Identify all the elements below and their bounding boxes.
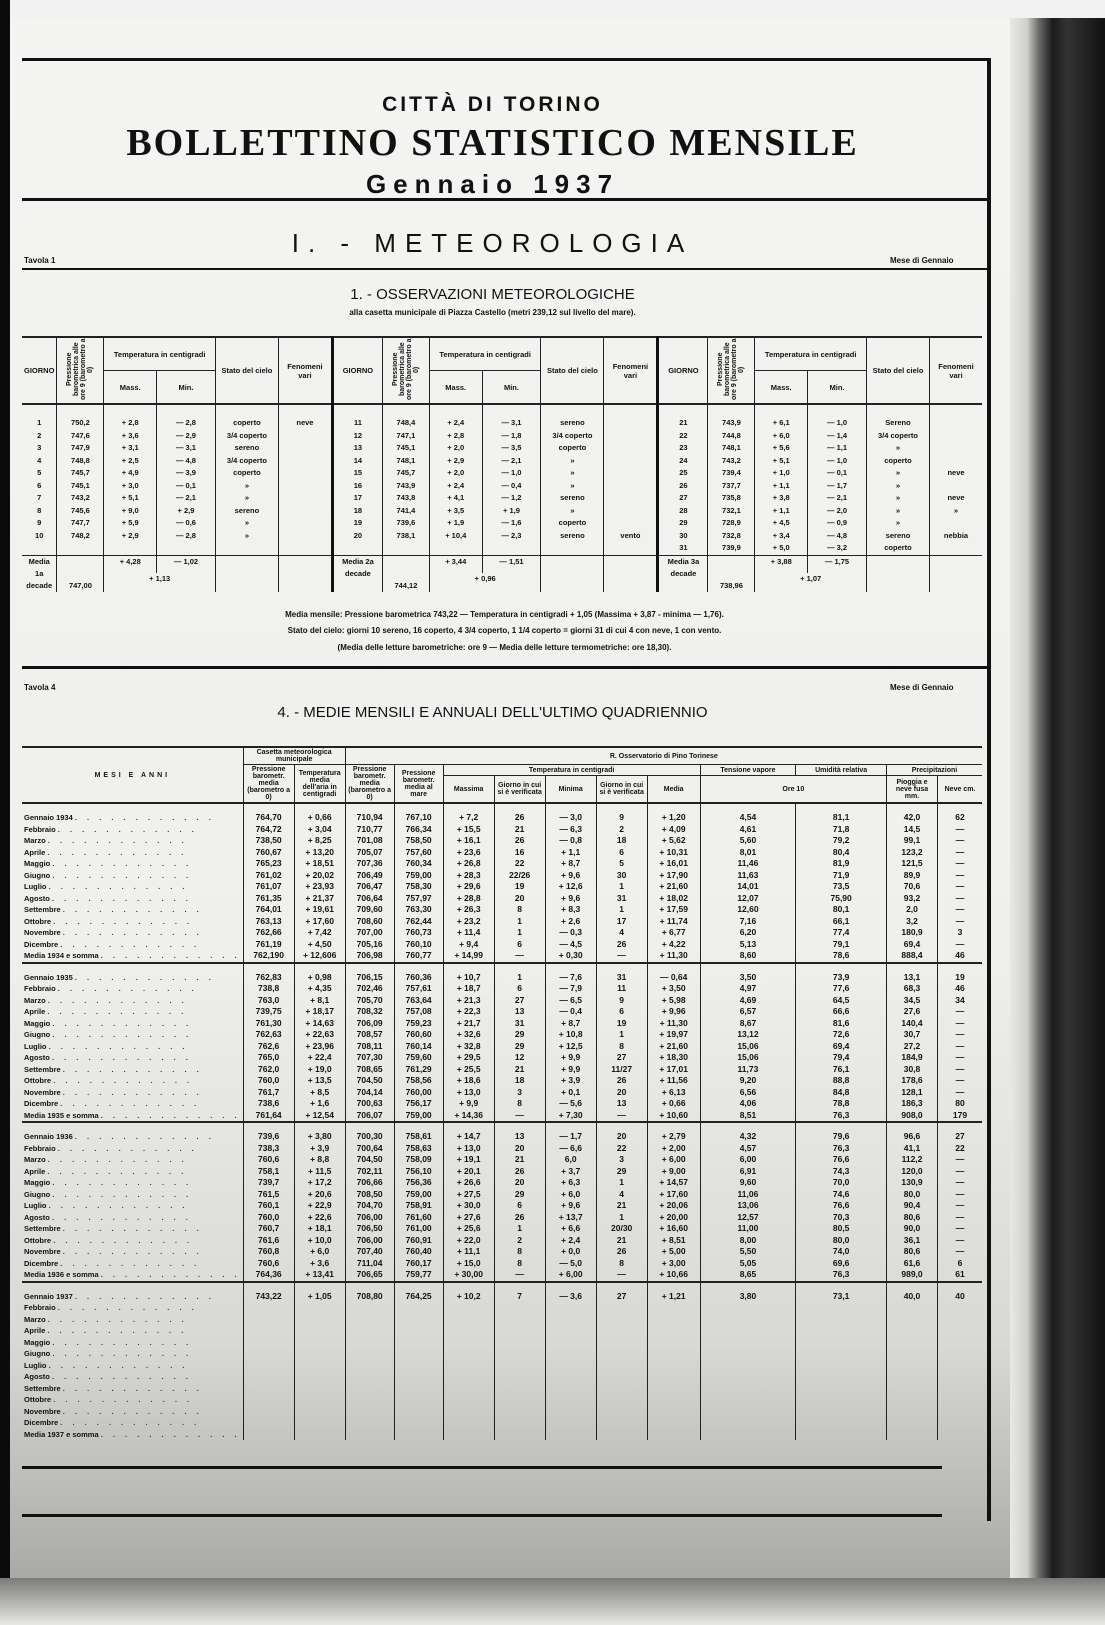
- cell-value: [596, 1383, 647, 1395]
- cell-value: [294, 1325, 345, 1337]
- table-row: Media 1936 e somma . . . . . . . . . . .…: [22, 1269, 982, 1282]
- cell-value: 6: [494, 1200, 545, 1212]
- cell-value: 61,6: [887, 1258, 938, 1270]
- cell-value: 706,15: [345, 963, 394, 984]
- media-max: + 4,28: [104, 555, 157, 573]
- cell-value: 761,19: [243, 939, 294, 951]
- cell-value: + 23,6: [443, 847, 494, 859]
- leader-dots: . . . . . . . . . . . .: [52, 894, 192, 903]
- leader-dots: . . . . . . . . . . . .: [60, 940, 200, 949]
- cell-value: 40: [938, 1282, 983, 1303]
- cell-value: 40,0: [887, 1282, 938, 1303]
- cell-value: + 20,6: [294, 1189, 345, 1201]
- cell-press: 739,6: [382, 517, 429, 530]
- month-label: Maggio: [24, 1178, 50, 1187]
- cell-value: + 18,02: [647, 893, 700, 905]
- table-row: 10748,2+ 2,9— 2,8»20738,1+ 10,4— 2,3sere…: [22, 530, 982, 543]
- leader-dots: . . . . . . . . . . . .: [52, 1338, 192, 1347]
- cell-value: 702,11: [345, 1166, 394, 1178]
- cell-value: 74,0: [796, 1246, 887, 1258]
- table-row: Aprile . . . . . . . . . . . .: [22, 1325, 982, 1337]
- row-label: Novembre . . . . . . . . . . . .: [22, 1087, 243, 1099]
- cell-value: 21: [596, 1200, 647, 1212]
- cell-max: + 1,1: [755, 505, 808, 518]
- cell-min: — 1,0: [808, 404, 867, 430]
- cell-value: —: [938, 939, 983, 951]
- cell-value: 18: [494, 1075, 545, 1087]
- cell-phen: [278, 467, 332, 480]
- cell-value: + 6,00: [545, 1269, 596, 1282]
- cell-value: 80,0: [887, 1189, 938, 1201]
- cell-phen: [278, 430, 332, 443]
- cell-value: 26: [494, 835, 545, 847]
- cell-value: [443, 1337, 494, 1349]
- cell-value: [494, 1383, 545, 1395]
- cell-value: — 6,6: [545, 1143, 596, 1155]
- cell-value: [494, 1406, 545, 1418]
- table-row: Febbraio . . . . . . . . . . . .738,8+ 4…: [22, 983, 982, 995]
- media-max: + 3,88: [755, 555, 808, 573]
- cell-value: + 22,9: [294, 1200, 345, 1212]
- cell-press: 732,1: [708, 505, 755, 518]
- month-label: Dicembre: [24, 1099, 58, 1108]
- cell-max: + 4,9: [104, 467, 157, 480]
- cell-max: [104, 542, 157, 555]
- cell-value: 705,07: [345, 847, 394, 859]
- cell-value: [700, 1302, 796, 1314]
- cell-empty: [215, 555, 278, 592]
- cell-value: — 3,6: [545, 1282, 596, 1303]
- cell-value: 179: [938, 1110, 983, 1123]
- cell-value: + 11,4: [443, 927, 494, 939]
- cell-press: 738,1: [382, 530, 429, 543]
- cell-value: — 0,64: [647, 963, 700, 984]
- row-label: Febbraio . . . . . . . . . . . .: [22, 1302, 243, 1314]
- cell-value: 8: [596, 1258, 647, 1270]
- cell-value: [494, 1325, 545, 1337]
- cell-value: —: [938, 1189, 983, 1201]
- col-temperatura: Temperatura in centigradi: [104, 337, 216, 371]
- table-row: Gennaio 1937 . . . . . . . . . . . .743,…: [22, 1282, 982, 1303]
- month-label: Media 1936 e somma: [24, 1270, 99, 1279]
- cell-min: — 2,3: [482, 530, 541, 543]
- month-label: Aprile: [24, 1167, 45, 1176]
- cell-value: + 13,5: [294, 1075, 345, 1087]
- cell-press: 747,7: [57, 517, 104, 530]
- cell-max: + 2,4: [429, 480, 482, 493]
- cell-press: 745,7: [57, 467, 104, 480]
- cell-max: + 6,0: [755, 430, 808, 443]
- cell-value: 121,5: [887, 858, 938, 870]
- table-row: Settembre . . . . . . . . . . . .: [22, 1383, 982, 1395]
- cell-value: + 8,5: [294, 1087, 345, 1099]
- col-casetta: Casetta meteorologica municipale: [243, 747, 345, 765]
- col-minima: Minima: [545, 776, 596, 803]
- cell-max: + 3,5: [429, 505, 482, 518]
- cell-min: — 2,1: [482, 455, 541, 468]
- cell-value: + 4,09: [647, 824, 700, 836]
- cell-value: + 22,6: [294, 1212, 345, 1224]
- cell-value: 11: [596, 983, 647, 995]
- cell-value: + 18,51: [294, 858, 345, 870]
- cell-value: 1: [596, 904, 647, 916]
- cell-value: 758,91: [394, 1200, 443, 1212]
- col-o-press: Pressione barometr. media (barometro a 0…: [345, 765, 394, 804]
- cell-value: 705,70: [345, 995, 394, 1007]
- table-row: Media 1934 e somma . . . . . . . . . . .…: [22, 950, 982, 963]
- table4-title: 4. - MEDIE MENSILI E ANNUALI DELL'ULTIMO…: [10, 704, 975, 721]
- cell-value: + 21,60: [647, 881, 700, 893]
- cell-value: [647, 1429, 700, 1441]
- cell-value: —: [938, 1052, 983, 1064]
- col-giorno: GIORNO: [658, 337, 708, 404]
- cell-value: [443, 1406, 494, 1418]
- col-fenomeni: Fenomeni vari: [604, 337, 658, 404]
- cell-value: 11,46: [700, 858, 796, 870]
- leader-dots: . . . . . . . . . . . .: [101, 1270, 241, 1279]
- cell-day: 6: [22, 480, 57, 493]
- cell-max: + 5,1: [104, 492, 157, 505]
- cell-value: + 10,7: [443, 963, 494, 984]
- cell-value: 70,0: [796, 1177, 887, 1189]
- month-label: Marzo: [24, 836, 46, 845]
- month-label: Novembre: [24, 928, 61, 937]
- table-row: 31739,9+ 5,0— 3,2coperto: [22, 542, 982, 555]
- cell-value: 78,6: [796, 950, 887, 963]
- cell-value: 759,60: [394, 1052, 443, 1064]
- cell-day: 7: [22, 492, 57, 505]
- cell-value: 743,22: [243, 1282, 294, 1303]
- cell-value: + 14,36: [443, 1110, 494, 1123]
- month-label: Giugno: [24, 1349, 50, 1358]
- cell-day: 23: [658, 442, 708, 455]
- cell-min: — 1,0: [808, 455, 867, 468]
- table-row: Marzo . . . . . . . . . . . .763,0+ 8,17…: [22, 995, 982, 1007]
- cell-value: + 3,80: [294, 1122, 345, 1143]
- cell-value: + 16,01: [647, 858, 700, 870]
- cell-value: — 5,6: [545, 1098, 596, 1110]
- month-label: Ottobre: [24, 1076, 51, 1085]
- cell-value: [494, 1337, 545, 1349]
- cell-value: —: [938, 858, 983, 870]
- cell-value: + 25,5: [443, 1064, 494, 1076]
- cell-value: 8,65: [700, 1269, 796, 1282]
- cell-value: [647, 1371, 700, 1383]
- cell-value: 706,66: [345, 1177, 394, 1189]
- cell-value: 74,6: [796, 1189, 887, 1201]
- cell-value: [345, 1383, 394, 1395]
- cell-value: [700, 1371, 796, 1383]
- cell-value: [596, 1360, 647, 1372]
- col-o-press-mare: Pressione barometr. media al mare: [394, 765, 443, 804]
- row-label: Novembre . . . . . . . . . . . .: [22, 1406, 243, 1418]
- cell-value: + 10,60: [647, 1110, 700, 1123]
- rule: [22, 198, 987, 201]
- cell-value: [243, 1394, 294, 1406]
- cell-max: + 3,8: [755, 492, 808, 505]
- cell-value: 763,13: [243, 916, 294, 928]
- cell-value: + 11,56: [647, 1075, 700, 1087]
- cell-phen: [604, 542, 658, 555]
- cell-value: 764,72: [243, 824, 294, 836]
- cell-sky: »: [867, 467, 930, 480]
- cell-value: 6,57: [700, 1006, 796, 1018]
- cell-phen: [278, 517, 332, 530]
- table1-subtitle: alla casetta municipale di Piazza Castel…: [10, 308, 975, 317]
- cell-value: 13,06: [700, 1200, 796, 1212]
- cell-value: 760,34: [394, 858, 443, 870]
- cell-value: [545, 1406, 596, 1418]
- cell-value: [294, 1371, 345, 1383]
- col-stato: Stato del cielo: [867, 337, 930, 404]
- table-row: Luglio . . . . . . . . . . . .: [22, 1360, 982, 1372]
- cell-value: [596, 1406, 647, 1418]
- row-label: Luglio . . . . . . . . . . . .: [22, 1041, 243, 1053]
- leader-dots: . . . . . . . . . . . .: [63, 1088, 203, 1097]
- cell-day: 22: [658, 430, 708, 443]
- leader-dots: . . . . . . . . . . . .: [58, 1303, 198, 1312]
- table-row: Febbraio . . . . . . . . . . . .: [22, 1302, 982, 1314]
- cell-day: 17: [332, 492, 382, 505]
- cell-value: [443, 1360, 494, 1372]
- cell-value: 762,66: [243, 927, 294, 939]
- cell-value: 75,90: [796, 893, 887, 905]
- leader-dots: . . . . . . . . . . . .: [52, 1030, 192, 1039]
- cell-value: + 3,00: [647, 1258, 700, 1270]
- cell-value: —: [938, 835, 983, 847]
- cell-value: 6: [596, 847, 647, 859]
- cell-day: 26: [658, 480, 708, 493]
- cell-value: [887, 1394, 938, 1406]
- leader-dots: . . . . . . . . . . . .: [60, 1099, 200, 1108]
- leader-dots: . . . . . . . . . . . .: [58, 1144, 198, 1153]
- leader-dots: . . . . . . . . . . . .: [48, 996, 188, 1005]
- month-label: Marzo: [24, 996, 46, 1005]
- month-label: Novembre: [24, 1247, 61, 1256]
- cell-day: 2: [22, 430, 57, 443]
- cell-value: 2,0: [887, 904, 938, 916]
- cell-value: 36,1: [887, 1235, 938, 1247]
- cell-value: — 0,4: [545, 1006, 596, 1018]
- cell-min: [157, 542, 216, 555]
- cell-max: + 4,5: [755, 517, 808, 530]
- cell-value: [796, 1383, 887, 1395]
- cell-value: 761,5: [243, 1189, 294, 1201]
- cell-value: 4,69: [700, 995, 796, 1007]
- cell-sky: coperto: [215, 467, 278, 480]
- cell-value: 758,61: [394, 1122, 443, 1143]
- cell-value: [887, 1337, 938, 1349]
- row-label: Dicembre . . . . . . . . . . . .: [22, 1098, 243, 1110]
- cell-value: 77,6: [796, 983, 887, 995]
- cell-press: 743,8: [382, 492, 429, 505]
- cell-value: 1: [596, 1212, 647, 1224]
- cell-value: 12,07: [700, 893, 796, 905]
- leader-dots: . . . . . . . . . . . .: [53, 1076, 193, 1085]
- cell-value: 8,51: [700, 1110, 796, 1123]
- cell-value: 128,1: [887, 1087, 938, 1099]
- cell-phen: [930, 517, 983, 530]
- cell-value: 706,00: [345, 1235, 394, 1247]
- cell-value: 761,35: [243, 893, 294, 905]
- cell-value: + 17,90: [647, 870, 700, 882]
- leader-dots: . . . . . . . . . . . .: [63, 1224, 203, 1233]
- leader-dots: . . . . . . . . . . . .: [49, 882, 189, 891]
- cell-value: [938, 1383, 983, 1395]
- table-row: Febbraio . . . . . . . . . . . .764,72+ …: [22, 824, 982, 836]
- cell-sky: »: [215, 517, 278, 530]
- cell-max: + 2,9: [429, 455, 482, 468]
- table-row: 6745,1+ 3,0— 0,1»16743,9+ 2,4— 0,4»26737…: [22, 480, 982, 493]
- cell-value: + 2,00: [647, 1143, 700, 1155]
- cell-phen: [604, 517, 658, 530]
- table-row: Aprile . . . . . . . . . . . .760,67+ 13…: [22, 847, 982, 859]
- cell-value: + 14,63: [294, 1018, 345, 1030]
- cell-value: 4: [596, 927, 647, 939]
- cell-value: —: [938, 1166, 983, 1178]
- cell-phen: [604, 505, 658, 518]
- cell-day: 10: [22, 530, 57, 543]
- cell-value: [443, 1348, 494, 1360]
- col-giorno: GIORNO: [332, 337, 382, 404]
- row-label: Agosto . . . . . . . . . . . .: [22, 1371, 243, 1383]
- month-label: Luglio: [24, 1201, 47, 1210]
- cell-value: 6,0: [545, 1154, 596, 1166]
- cell-value: + 14,99: [443, 950, 494, 963]
- table-row: Ottobre . . . . . . . . . . . .: [22, 1394, 982, 1406]
- scan-bottom-margin: [0, 1578, 1105, 1625]
- col-neve: Neve cm.: [938, 776, 983, 803]
- document-page: CITTÀ DI TORINO BOLLETTINO STATISTICO ME…: [10, 18, 1010, 1578]
- col-min: Min.: [157, 371, 216, 405]
- cell-max: + 3,6: [104, 430, 157, 443]
- cell-value: 80,6: [887, 1212, 938, 1224]
- month-label: Febbraio: [24, 1144, 56, 1153]
- cell-max: + 5,9: [104, 517, 157, 530]
- cell-phen: [930, 442, 983, 455]
- cell-value: 706,00: [345, 1212, 394, 1224]
- cell-value: 22: [938, 1143, 983, 1155]
- cell-value: 1: [494, 927, 545, 939]
- cell-value: 80,1: [796, 904, 887, 916]
- cell-value: [596, 1429, 647, 1441]
- cell-value: 27: [596, 1282, 647, 1303]
- cell-value: 21: [494, 1154, 545, 1166]
- table-row: Gennaio 1936 . . . . . . . . . . . .739,…: [22, 1122, 982, 1143]
- table-row: Aprile . . . . . . . . . . . .739,75+ 18…: [22, 1006, 982, 1018]
- cell-value: 760,0: [243, 1212, 294, 1224]
- cell-max: + 2,0: [429, 442, 482, 455]
- cell-value: — 1,7: [545, 1122, 596, 1143]
- media-label: Media 2a decade: [332, 555, 382, 592]
- media-pressure: 744,12: [382, 555, 429, 592]
- cell-value: 76,6: [796, 1200, 887, 1212]
- col-stato: Stato del cielo: [541, 337, 604, 404]
- cell-value: 66,6: [796, 1006, 887, 1018]
- cell-press: 748,1: [708, 442, 755, 455]
- cell-value: + 9,9: [545, 1064, 596, 1076]
- media-average: + 0,96: [429, 573, 541, 591]
- leader-dots: . . . . . . . . . . . .: [101, 951, 241, 960]
- cell-value: + 17,2: [294, 1177, 345, 1189]
- cell-value: 738,50: [243, 835, 294, 847]
- cell-value: [443, 1429, 494, 1441]
- cell-value: 706,65: [345, 1269, 394, 1282]
- cell-value: 34: [938, 995, 983, 1007]
- cell-min: — 3,9: [157, 467, 216, 480]
- cell-value: + 9,6: [545, 1200, 596, 1212]
- cell-value: 8: [494, 1246, 545, 1258]
- cell-value: —: [938, 1223, 983, 1235]
- cell-day: 12: [332, 430, 382, 443]
- cell-value: 1: [596, 1177, 647, 1189]
- cell-value: 760,17: [394, 1258, 443, 1270]
- row-label: Giugno . . . . . . . . . . . .: [22, 1348, 243, 1360]
- cell-value: 760,10: [394, 939, 443, 951]
- cell-value: 27: [938, 1122, 983, 1143]
- month-label: Agosto: [24, 1213, 50, 1222]
- cell-value: + 6,0: [545, 1189, 596, 1201]
- cell-value: —: [938, 1235, 983, 1247]
- cell-min: — 2,1: [157, 492, 216, 505]
- cell-day: 25: [658, 467, 708, 480]
- cell-min: — 0,9: [808, 517, 867, 530]
- cell-value: 17: [596, 916, 647, 928]
- cell-value: + 17,60: [647, 1189, 700, 1201]
- cell-sky: »: [215, 530, 278, 543]
- cell-value: [345, 1314, 394, 1326]
- table-row: Ottobre . . . . . . . . . . . .760,0+ 13…: [22, 1075, 982, 1087]
- cell-value: [796, 1406, 887, 1418]
- cell-value: — 6,5: [545, 995, 596, 1007]
- col-mass: Mass.: [429, 371, 482, 405]
- cell-value: 18: [596, 835, 647, 847]
- row-label: Maggio . . . . . . . . . . . .: [22, 1177, 243, 1189]
- cell-value: + 3,7: [545, 1166, 596, 1178]
- cell-press: [382, 542, 429, 555]
- cell-day: 5: [22, 467, 57, 480]
- cell-value: 6: [596, 1006, 647, 1018]
- cell-value: [294, 1383, 345, 1395]
- table-row: Media 1937 e somma . . . . . . . . . . .…: [22, 1429, 982, 1441]
- cell-value: [545, 1383, 596, 1395]
- cell-value: 711,04: [345, 1258, 394, 1270]
- month-label: Aprile: [24, 848, 45, 857]
- cell-value: [345, 1394, 394, 1406]
- cell-value: —: [938, 1064, 983, 1076]
- row-label: Giugno . . . . . . . . . . . .: [22, 870, 243, 882]
- cell-value: 46: [938, 983, 983, 995]
- readings-note: (Media delle letture barometriche: ore 9…: [22, 643, 987, 652]
- cell-value: 90,4: [887, 1200, 938, 1212]
- cell-value: 26: [596, 1075, 647, 1087]
- cell-value: [394, 1325, 443, 1337]
- row-label: Ottobre . . . . . . . . . . . .: [22, 916, 243, 928]
- leader-dots: . . . . . . . . . . . .: [52, 1190, 192, 1199]
- cell-value: —: [938, 1075, 983, 1087]
- col-precip: Precipitazioni: [887, 765, 983, 776]
- cell-value: [294, 1394, 345, 1406]
- cell-value: + 28,8: [443, 893, 494, 905]
- cell-value: [243, 1371, 294, 1383]
- cell-value: 31: [494, 1018, 545, 1030]
- cell-press: 735,8: [708, 492, 755, 505]
- cell-value: 762,83: [243, 963, 294, 984]
- cell-press: 744,8: [708, 430, 755, 443]
- cell-value: 79,2: [796, 835, 887, 847]
- cell-value: + 10,66: [647, 1269, 700, 1282]
- cell-value: 6: [494, 983, 545, 995]
